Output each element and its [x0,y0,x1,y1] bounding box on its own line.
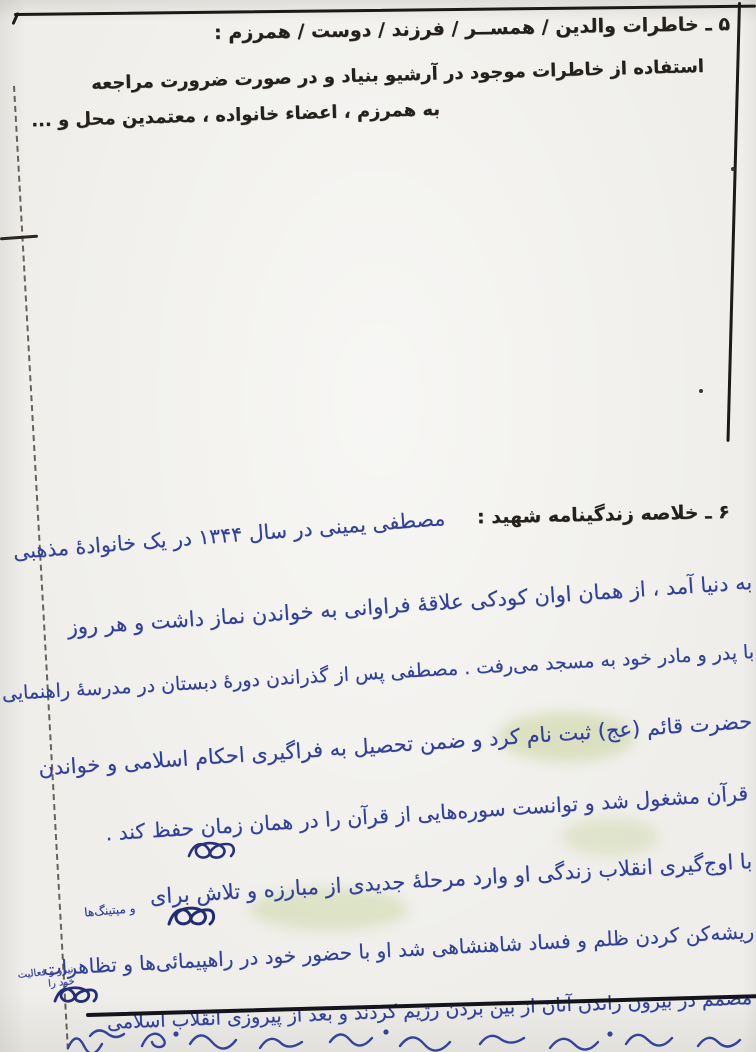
section5-heading: ۵ ـ خاطرات والدین / همســر / فرزند / دوس… [214,13,730,44]
scanned-document-page: ۵ ـ خاطرات والدین / همســر / فرزند / دوس… [0,0,756,1052]
highlighter-bleed-through [562,818,658,856]
clipped-handwriting-strokes [50,1024,750,1052]
handwritten-line-3: با پدر و مادر خود به مسجد می‌رفت . مصطفی… [1,641,755,705]
ink-speck [731,167,735,171]
section5-instruction-line1: استفاده از خاطرات موجود در آرشیو بنیاد و… [91,56,704,94]
handwritten-line-1: مصطفی یمینی در سال ۱۳۴۴ در یک خانوادهٔ م… [8,506,446,564]
ink-speck [699,389,703,393]
section5-instruction-line2: به همرزم ، اعضاء خانواده ، معتمدین محل و… [70,99,440,130]
handwritten-insertion-note: و میتینگ‌ها [84,901,136,919]
top-border-corner-hook [11,12,19,25]
scribbled-out-word [186,838,238,864]
scribbled-out-word [52,982,100,1008]
scribbled-out-word [165,902,217,932]
handwritten-line-2: به دنیا آمد ، از همان اوان کودکی علاقهٔ … [3,570,753,644]
handwritten-line-4: حضرت قائم (عج) ثبت نام کرد و ضمن تحصیل ب… [5,709,753,783]
registration-cross-mark [0,235,38,241]
section6-heading: ۶ ـ خلاصه زندگینامه شهید : [477,501,730,528]
handwritten-line-7: ریشه‌کن کردن ظلم و فساد شاهنشاهی شد او ب… [0,919,754,982]
right-border-line [726,2,741,442]
